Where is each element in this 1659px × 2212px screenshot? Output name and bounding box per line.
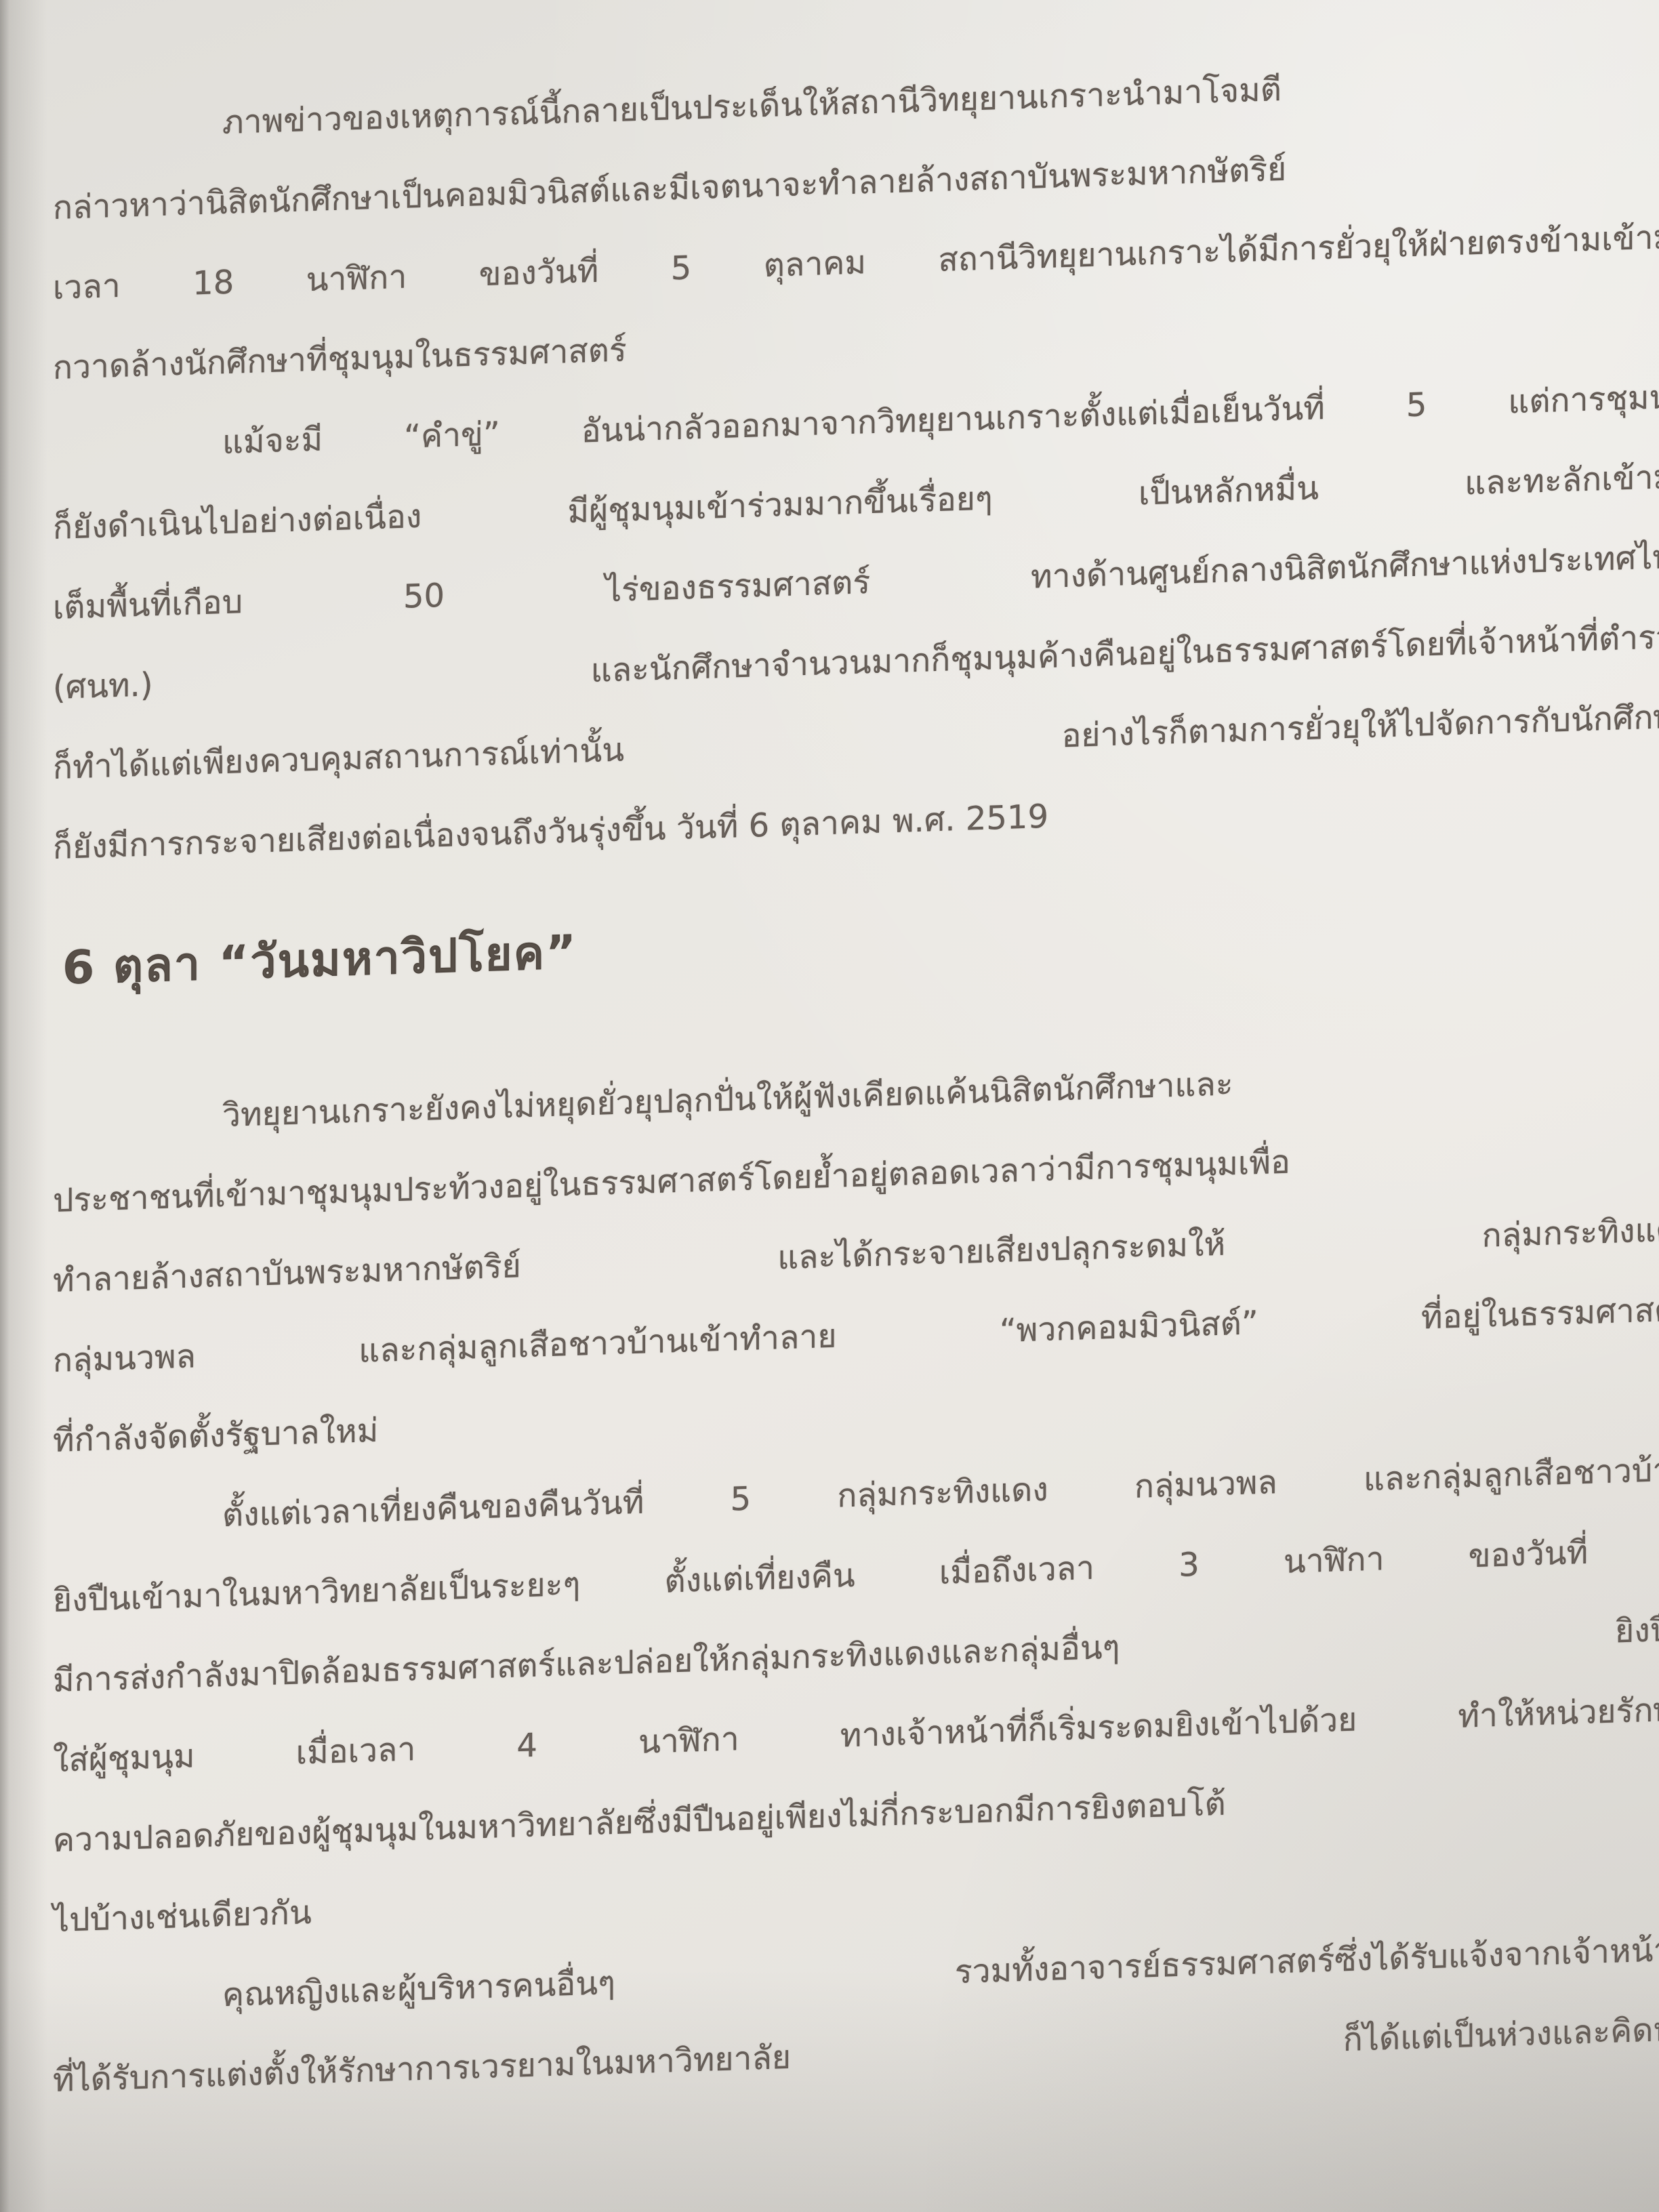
book-page-photo: ภาพข่าวของเหตุการณ์นี้กลายเป็นประเด็นให้… (53, 37, 1659, 2121)
paragraph-midnight-shooting: ตั้งแต่เวลาเที่ยงคืนของคืนวันที่ 5 กลุ่ม… (53, 1429, 1659, 1961)
paragraph-radio-attack: ภาพข่าวของเหตุการณ์นี้กลายเป็นประเด็นให้… (53, 37, 1659, 408)
section-heading: 6 ตุลา “วันมหาวิปโยค” (62, 884, 1659, 1003)
paragraph-incitement: วิทยุยานเกราะยังคงไม่หยุดยั่วยุปลุกปั่นใ… (53, 1029, 1659, 1481)
paragraph-rally-continues: แม้จะมี “คำขู่” อันน่ากลัวออกมาจากวิทยุย… (53, 356, 1659, 888)
